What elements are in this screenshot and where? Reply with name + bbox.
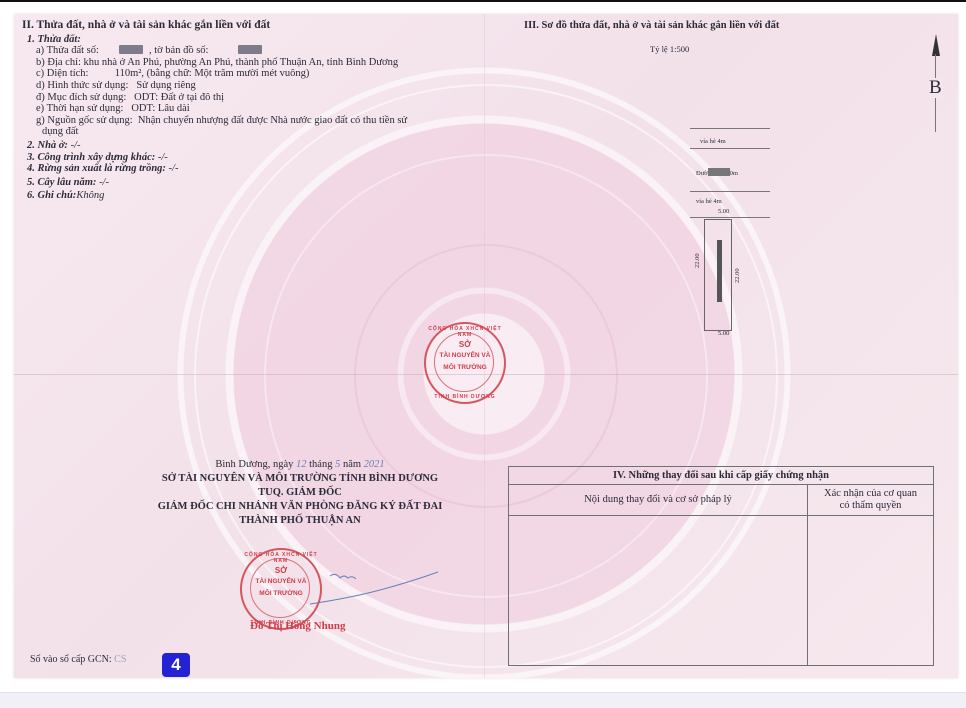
- official-seal-center: CỘNG HÒA XHCN VIỆT NAM SỞ TÀI NGUYÊN VÀ …: [424, 322, 506, 404]
- house-footprint: [717, 240, 722, 302]
- length-right-label: 22.00: [734, 268, 741, 283]
- perennial-trees-item: 5. Cây lâu năm: -/-: [22, 177, 482, 189]
- changes-table: IV. Những thay đổi sau khi cấp giấy chứn…: [508, 466, 934, 666]
- overlay-badge[interactable]: 4: [162, 653, 190, 677]
- handwritten-signature: [310, 568, 440, 608]
- gcn-value: CS: [114, 654, 126, 665]
- section4-title: IV. Những thay đổi sau khi cấp giấy chứn…: [509, 467, 933, 485]
- road-label: Đườ0m: [696, 168, 738, 177]
- road-boundary-line: [690, 148, 770, 149]
- planted-forest-item: 4. Rừng sản xuất là rừng trồng: -/-: [22, 163, 482, 175]
- road-boundary-line: [690, 217, 770, 218]
- redacted-parcel-number: [119, 45, 143, 54]
- use-origin-row: g) Nguồn gốc sử dụng: Nhận chuyển nhượng…: [22, 115, 482, 127]
- north-label: B: [929, 78, 942, 98]
- section-land-details: II. Thửa đất, nhà ở và tài sản khác gắn …: [22, 20, 482, 202]
- place-date: Bình Dương, ngày 12 tháng 5 năm 2021: [130, 458, 470, 472]
- issuing-org: SỞ TÀI NGUYÊN VÀ MÔI TRƯỜNG TỈNH BÌNH DƯ…: [130, 472, 470, 486]
- parcel-heading: 1. Thửa đất:: [22, 34, 482, 46]
- redacted-map-sheet: [238, 45, 262, 54]
- area-row: c) Diện tích: 110m², (bằng chữ: Một trăm…: [22, 68, 482, 80]
- signer-title-1: GIÁM ĐỐC CHI NHÁNH VĂN PHÒNG ĐĂNG KÝ ĐẤT…: [130, 500, 470, 514]
- width-top-label: 5.00: [718, 208, 729, 215]
- authority-confirmation-header: Xác nhận của cơ quancó thẩm quyền: [808, 485, 933, 516]
- scale-label: Tỷ lệ 1:500: [650, 44, 689, 54]
- use-term-row: e) Thời hạn sử dụng: ODT: Lâu dài: [22, 103, 482, 115]
- gcn-label: Số vào sổ cấp GCN:: [30, 654, 112, 665]
- changes-content-header: Nội dung thay đổi và cơ sở pháp lý: [509, 485, 807, 516]
- parcel-diagram: vỉa hè 4m Đườ0m vỉa hè 4m 5.00 22.00 22.…: [680, 128, 776, 358]
- use-origin-continued: dụng đất: [22, 126, 482, 138]
- other-construction-item: 3. Công trình xây dựng khác: -/-: [22, 152, 482, 164]
- viewer-bottom-bar: [0, 692, 966, 708]
- signature-block: Bình Dương, ngày 12 tháng 5 năm 2021 SỞ …: [130, 458, 470, 528]
- on-behalf: TUQ. GIÁM ĐỐC: [130, 486, 470, 500]
- use-purpose-row: đ) Mục đích sử dụng: ODT: Đất ở tại đô t…: [22, 92, 482, 104]
- map-sheet-label: , tờ bản đồ số:: [149, 45, 209, 56]
- use-form-row: d) Hình thức sử dụng: Sử dụng riêng: [22, 80, 482, 92]
- parcel-number-label: a) Thửa đất số:: [36, 45, 99, 57]
- gcn-register-number: Số vào sổ cấp GCN: CS: [30, 654, 126, 665]
- house-item: 2. Nhà ở: -/-: [22, 140, 482, 152]
- road-boundary-line: [690, 191, 770, 192]
- parcel-number-row: a) Thửa đất số:, tờ bản đồ số:: [22, 45, 482, 57]
- length-left-label: 22.00: [694, 253, 701, 268]
- north-arrow-icon: B: [928, 34, 944, 134]
- road-boundary-line: [690, 128, 770, 129]
- width-bottom-label: 5.00: [718, 330, 729, 337]
- sidewalk-top-label: vỉa hè 4m: [700, 138, 726, 145]
- section2-title: II. Thửa đất, nhà ở và tài sản khác gắn …: [22, 20, 482, 32]
- changes-content-column: Nội dung thay đổi và cơ sở pháp lý: [509, 485, 808, 665]
- sidewalk-bottom-label: vỉa hè 4m: [696, 198, 722, 205]
- parcel-outline: [704, 219, 732, 331]
- notes-item: 6. Ghi chú:Không: [22, 190, 482, 202]
- signer-name: Đỗ Thị Hồng Nhung: [250, 620, 345, 632]
- address-row: b) Địa chỉ: khu nhà ở An Phú, phường An …: [22, 57, 482, 69]
- redacted-road-name: [708, 168, 730, 176]
- section3-title: III. Sơ đồ thửa đất, nhà ở và tài sản kh…: [524, 20, 779, 31]
- authority-confirmation-column: Xác nhận của cơ quancó thẩm quyền: [808, 485, 933, 665]
- top-edge: [0, 0, 966, 2]
- signer-title-2: THÀNH PHỐ THUẬN AN: [130, 514, 470, 528]
